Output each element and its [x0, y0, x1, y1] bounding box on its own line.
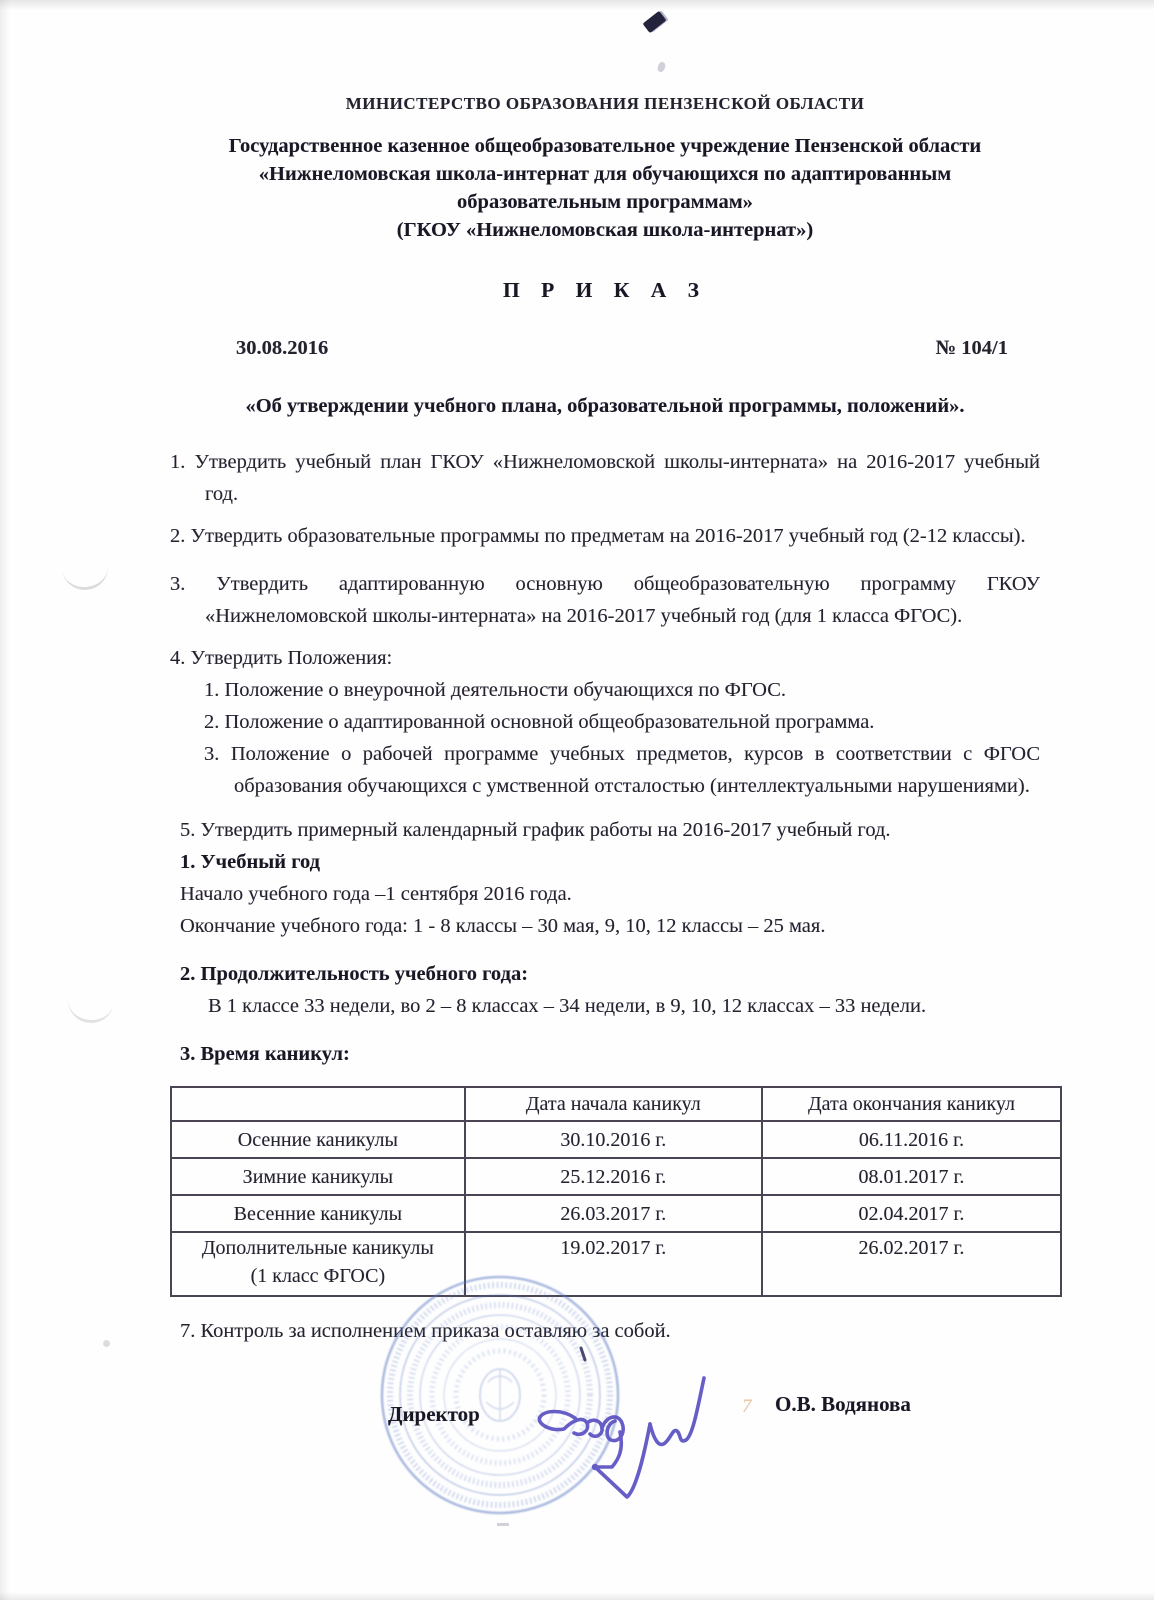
date-number-row: 30.08.2016 № 104/1: [170, 332, 1040, 364]
vacation-table: Дата начала каникул Дата окончания каник…: [170, 1086, 1062, 1297]
header-end-date: Дата окончания каникул: [762, 1087, 1061, 1121]
duration-title: 2. Продолжительность учебного года:: [180, 958, 1040, 990]
vacation-label: Осенние каникулы: [171, 1121, 465, 1158]
vacation-end: 08.01.2017 г.: [762, 1158, 1061, 1195]
org-name-line-3: образовательным программам»: [170, 188, 1040, 216]
table-header-row: Дата начала каникул Дата окончания каник…: [171, 1087, 1061, 1121]
signature-row: Директор О.В. Водянова: [170, 1402, 1040, 1432]
order-date: 30.08.2016: [236, 332, 328, 364]
school-year-start: Начало учебного года –1 сентября 2016 го…: [180, 878, 1040, 910]
table-row: Весенние каникулы 26.03.2017 г. 02.04.20…: [171, 1195, 1061, 1232]
duration-text: В 1 классе 33 недели, во 2 – 8 классах –…: [180, 990, 1040, 1022]
vacation-end: 26.02.2017 г.: [762, 1232, 1061, 1296]
ministry-heading: МИНИСТЕРСТВО ОБРАЗОВАНИЯ ПЕНЗЕНСКОЙ ОБЛА…: [170, 92, 1040, 116]
table-row: Осенние каникулы 30.10.2016 г. 06.11.201…: [171, 1121, 1061, 1158]
signer-name: О.В. Водянова: [775, 1392, 911, 1417]
scanned-order-page: 7 МИНИСТЕРСТВО ОБРАЗОВАНИЯ ПЕНЗЕНСКОЙ ОБ…: [0, 0, 1154, 1600]
table-row: Зимние каникулы 25.12.2016 г. 08.01.2017…: [171, 1158, 1061, 1195]
provision-3: 3. Положение о рабочей программе учебных…: [204, 738, 1040, 802]
order-item-4: 4. Утвердить Положения:: [170, 642, 1040, 674]
org-name-line-1: Государственное казенное общеобразовател…: [170, 132, 1040, 160]
document-type-title: П Р И К А З: [170, 274, 1040, 306]
order-item-1: 1. Утвердить учебный план ГКОУ «Нижнелом…: [170, 446, 1040, 510]
order-subject: «Об утверждении учебного плана, образова…: [170, 390, 1040, 422]
scan-speck-under-stamp: [497, 1523, 509, 1526]
calendar-section: 5. Утвердить примерный календарный графи…: [170, 814, 1040, 1070]
vacation-end: 06.11.2016 г.: [762, 1121, 1061, 1158]
document-body: МИНИСТЕРСТВО ОБРАЗОВАНИЯ ПЕНЗЕНСКОЙ ОБЛА…: [0, 0, 1154, 1347]
signer-role: Директор: [388, 1402, 480, 1427]
vacation-start: 19.02.2017 г.: [465, 1232, 762, 1296]
vacation-label: Весенние каникулы: [171, 1195, 465, 1232]
vacation-label-line-1: Дополнительные каникулы: [176, 1234, 460, 1262]
vacation-end: 02.04.2017 г.: [762, 1195, 1061, 1232]
vacation-start: 30.10.2016 г.: [465, 1121, 762, 1158]
vacation-label: Зимние каникулы: [171, 1158, 465, 1195]
header-empty-cell: [171, 1087, 465, 1121]
scan-edge-bottom: [0, 1592, 1154, 1600]
table-row: Дополнительные каникулы (1 класс ФГОС) 1…: [171, 1232, 1061, 1296]
header-start-date: Дата начала каникул: [465, 1087, 762, 1121]
order-item-5: 5. Утвердить примерный календарный графи…: [180, 814, 1040, 846]
organization-name: Государственное казенное общеобразовател…: [170, 132, 1040, 244]
vacation-label-line-2: (1 класс ФГОС): [176, 1262, 460, 1290]
vacation-start: 25.12.2016 г.: [465, 1158, 762, 1195]
order-number: № 104/1: [936, 332, 1008, 364]
vacation-title: 3. Время каникул:: [180, 1038, 1040, 1070]
order-item-3: 3. Утвердить адаптированную основную общ…: [170, 568, 1040, 632]
vacation-label: Дополнительные каникулы (1 класс ФГОС): [171, 1232, 465, 1296]
order-item-7: 7. Контроль за исполнением приказа остав…: [170, 1315, 1040, 1347]
org-name-line-2: «Нижнеломовская школа-интернат для обуча…: [170, 160, 1040, 188]
provision-1: 1. Положение о внеурочной деятельности о…: [204, 674, 1040, 706]
provisions-list: 1. Положение о внеурочной деятельности о…: [170, 674, 1040, 802]
org-short-name: (ГКОУ «Нижнеломовская школа-интернат»): [170, 216, 1040, 244]
school-year-end: Окончание учебного года: 1 - 8 классы – …: [180, 910, 1040, 942]
vacation-start: 26.03.2017 г.: [465, 1195, 762, 1232]
school-year-title: 1. Учебный год: [180, 846, 1040, 878]
provision-2: 2. Положение о адаптированной основной о…: [204, 706, 1040, 738]
order-item-2: 2. Утвердить образовательные программы п…: [170, 520, 1040, 552]
